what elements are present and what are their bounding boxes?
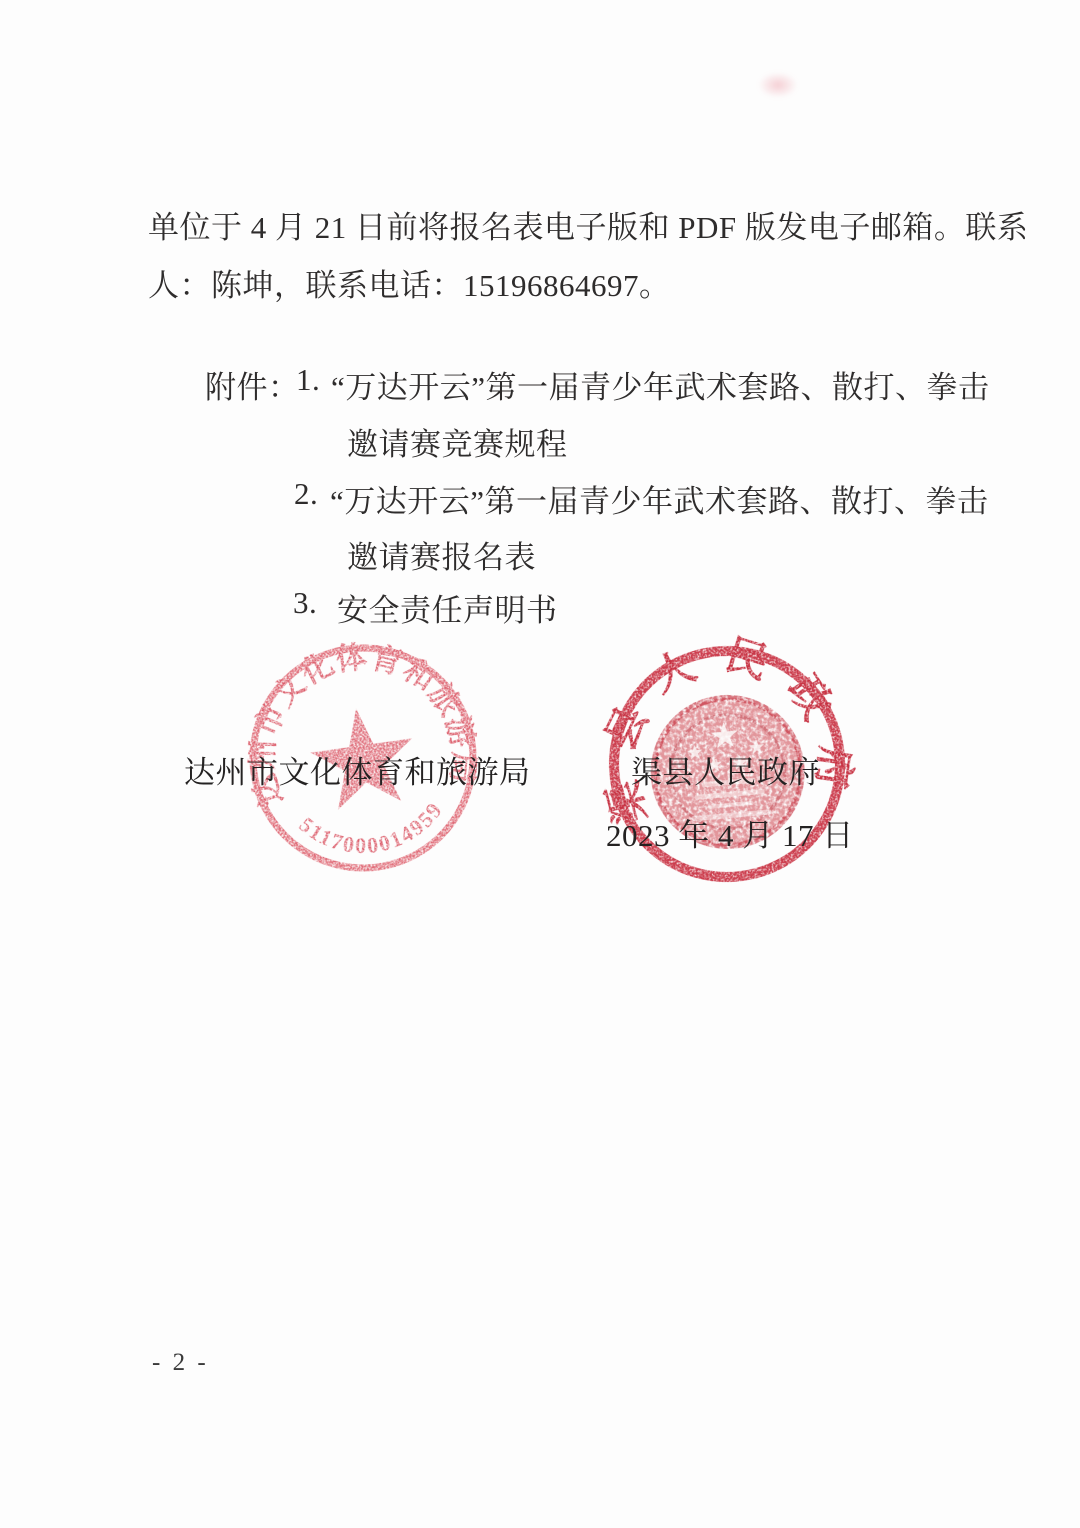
attachment-2-number: 2. — [294, 476, 318, 512]
attachment-2-title-continuation: 邀请赛报名表 — [347, 532, 536, 577]
attachment-1-number: 1. — [296, 362, 320, 398]
right-signature-name: 渠县人民政府 — [631, 747, 820, 792]
signature-date: 2023 年 4 月 17 日 — [606, 810, 854, 855]
body-paragraph-line-1: 单位于 4 月 21 日前将报名表电子版和 PDF 版发电子邮箱。联系 — [148, 202, 1028, 247]
body-paragraph-line-2: 人：陈坤，联系电话：15196864697。 — [148, 260, 671, 305]
attachment-1-title: “万达开云”第一届青少年武术套路、散打、拳击 — [331, 362, 990, 407]
attachment-3-number: 3. — [293, 585, 317, 621]
scan-smudge — [758, 72, 798, 98]
attachment-1-title-continuation: 邀请赛竞赛规程 — [347, 419, 568, 464]
page-number: - 2 - — [152, 1349, 209, 1377]
document-page: 单位于 4 月 21 日前将报名表电子版和 PDF 版发电子邮箱。联系 人：陈坤… — [0, 0, 1080, 1528]
attachments-label: 附件： — [205, 362, 300, 407]
left-signature-name: 达州市文化体育和旅游局 — [184, 747, 531, 792]
attachment-2-title: “万达开云”第一届青少年武术套路、散打、拳击 — [330, 476, 989, 521]
